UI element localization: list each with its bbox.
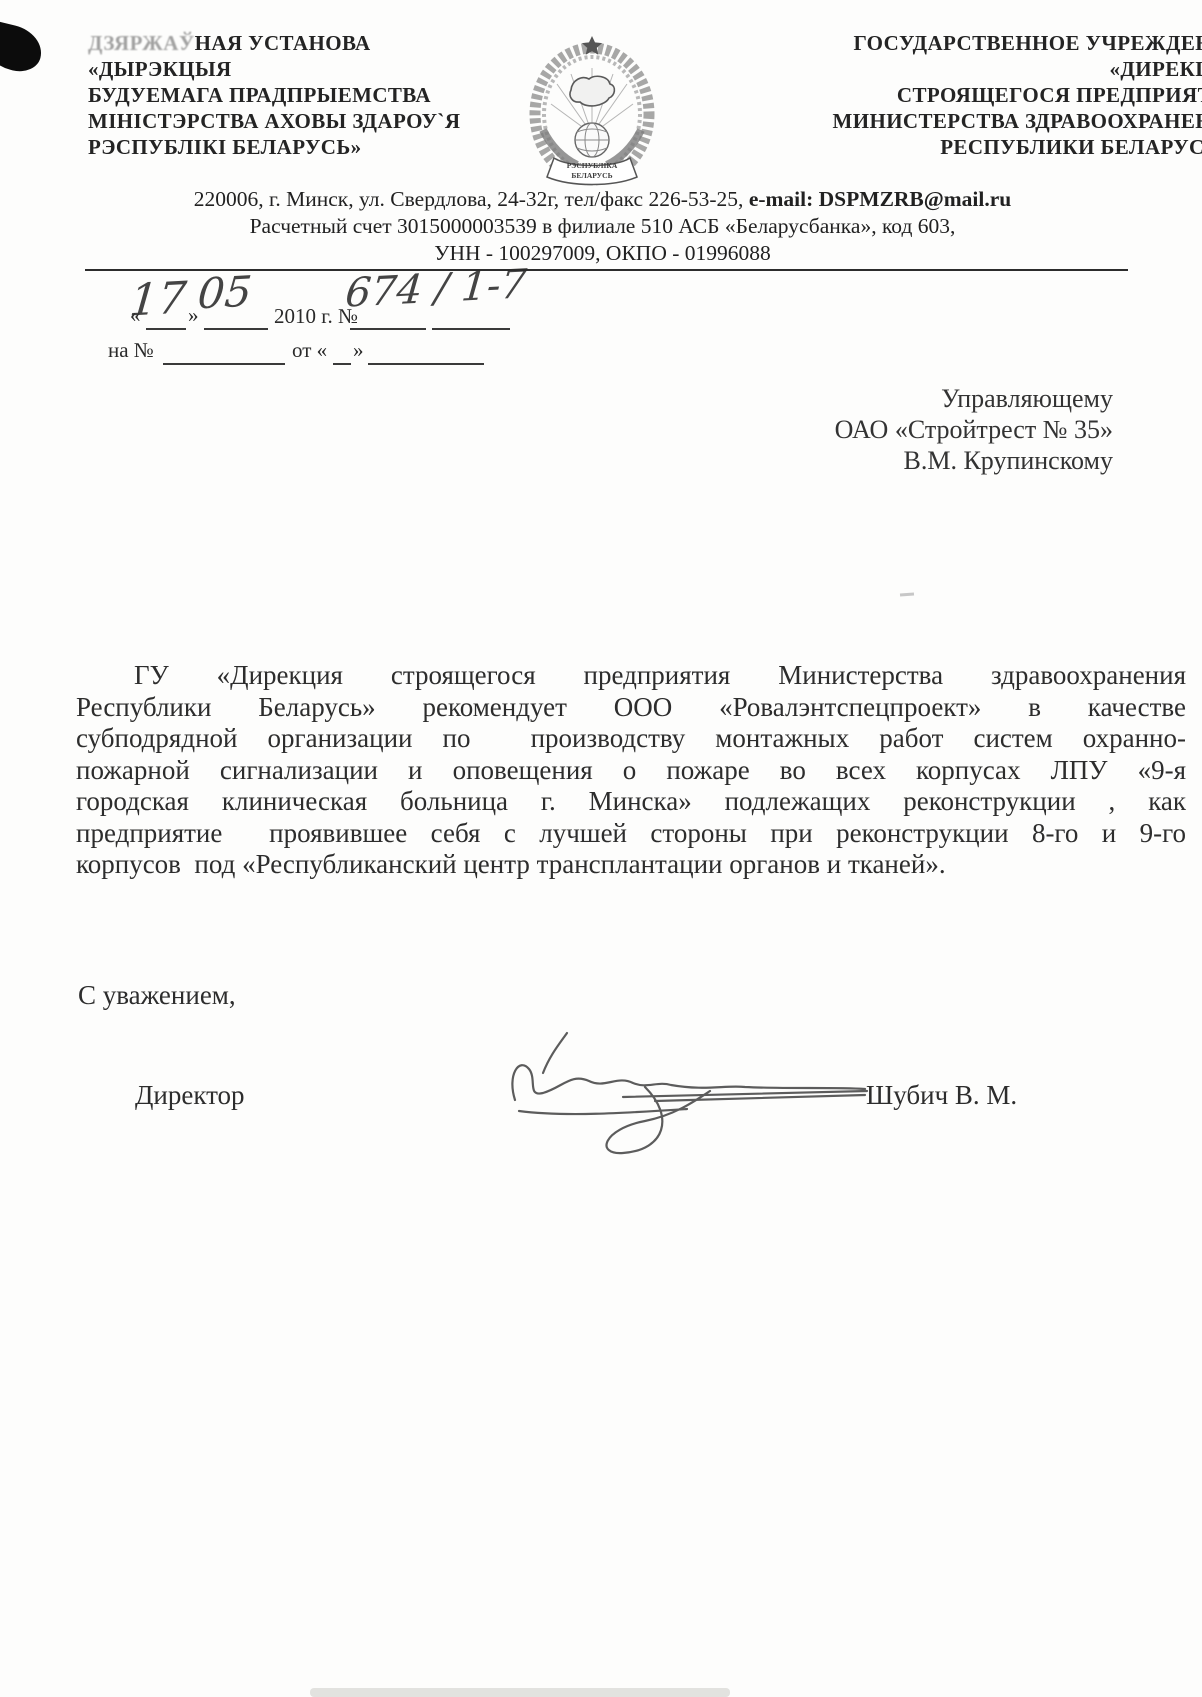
emblem-ribbon: РЭСПУБЛІКА БЕЛАРУСЬ — [547, 158, 637, 185]
scan-artifact-bottom — [310, 1688, 730, 1697]
handwritten-month: 05 — [196, 267, 254, 319]
org-name-line: СТРОЯЩЕГОСЯ ПРЕДПРИЯТ — [620, 82, 1202, 108]
org-name-line: МІНІСТЭРСТВА АХОВЫ ЗДАРОУ`Я — [88, 108, 488, 134]
addressee-position: Управляющему — [693, 383, 1113, 414]
org-name-line: РЭСПУБЛІКІ БЕЛАРУСЬ» — [88, 134, 488, 160]
body-line: Республики Беларусь» рекомендует ООО «Ро… — [76, 692, 1186, 724]
body-line: субподрядной организации по производству… — [76, 723, 1186, 755]
org-name-line: «ДИРЕКЦ — [620, 56, 1202, 82]
contact-email: e-mail: DSPMZRB@mail.ru — [749, 187, 1011, 211]
reply-number-underline — [163, 363, 285, 365]
org-name-belarusian: ДЗЯРЖАЎНАЯ УСТАНОВА «ДЫРЭКЦЫЯ БУДУЕМАГА … — [88, 30, 488, 160]
reply-ref-label: на № — [108, 338, 154, 363]
reply-date-underline — [368, 363, 484, 365]
signer-name: Шубич В. М. — [866, 1080, 1017, 1111]
contact-info: 220006, г. Минск, ул. Свердлова, 24-32г,… — [80, 186, 1125, 267]
doc-number-underline-2 — [432, 328, 510, 330]
emblem-ribbon-text-2: БЕЛАРУСЬ — [571, 171, 612, 180]
reply-from-label: от « — [292, 338, 327, 363]
contact-line-address: 220006, г. Минск, ул. Свердлова, 24-32г,… — [80, 186, 1125, 213]
scan-artifact-corner — [0, 20, 46, 76]
body-line: корпусов под «Республиканский центр тран… — [76, 849, 1186, 881]
letter-page: ДЗЯРЖАЎНАЯ УСТАНОВА «ДЫРЭКЦЫЯ БУДУЕМАГА … — [0, 0, 1202, 1697]
signature-handwritten — [505, 1025, 885, 1165]
date-day-underline — [146, 328, 186, 330]
addressee-person: В.М. Крупинскому — [693, 445, 1113, 476]
org-name-line: ГОСУДАРСТВЕННОЕ УЧРЕЖДЕН — [620, 30, 1202, 56]
org-name-clear-part: НАЯ УСТАНОВА — [195, 31, 371, 55]
org-name-line: МИНИСТЕРСТВА ЗДРАВООХРАНЕН — [620, 108, 1202, 134]
org-name-russian: ГОСУДАРСТВЕННОЕ УЧРЕЖДЕН «ДИРЕКЦ СТРОЯЩЕ… — [620, 30, 1202, 160]
body-line: городская клиническая больница г. Минска… — [76, 786, 1186, 818]
reply-close-quote: » — [353, 338, 364, 363]
org-name-line: ДЗЯРЖАЎНАЯ УСТАНОВА — [88, 30, 488, 56]
handwritten-number: 674 / 1-7 — [343, 261, 528, 316]
contact-address: 220006, г. Минск, ул. Свердлова, 24-32г,… — [194, 187, 749, 211]
contact-line-account: Расчетный счет 3015000003539 в филиале 5… — [80, 213, 1125, 240]
date-month-underline — [204, 328, 268, 330]
body-line: предприятие проявившее себя с лучшей сто… — [76, 818, 1186, 850]
body-line: ГУ «Дирекция строящегося предприятия Мин… — [76, 660, 1186, 692]
body-line: пожарной сигнализации и оповещения о пож… — [76, 755, 1186, 787]
emblem-globe — [575, 123, 609, 157]
signer-title: Директор — [135, 1080, 245, 1111]
emblem-country-silhouette — [570, 76, 614, 106]
org-name-line: РЕСПУБЛИКИ БЕЛАРУС( — [620, 134, 1202, 160]
org-name-line: «ДЫРЭКЦЫЯ — [88, 56, 488, 82]
emblem-ribbon-text-1: РЭСПУБЛІКА — [567, 161, 618, 170]
reply-day-underline — [333, 363, 351, 365]
scan-artifact-dash — [900, 593, 914, 597]
contact-line-unn-okpo: УНН - 100297009, ОКПО - 01996088 — [80, 240, 1125, 267]
addressee-company: ОАО «Стройтрест № 35» — [693, 414, 1113, 445]
letter-body: ГУ «Дирекция строящегося предприятия Мин… — [76, 660, 1186, 881]
addressee-block: Управляющему ОАО «Стройтрест № 35» В.М. … — [693, 383, 1113, 476]
org-name-faded-part: ДЗЯРЖАЎ — [88, 31, 195, 55]
org-name-line: БУДУЕМАГА ПРАДПРЫЕМСТВА — [88, 82, 488, 108]
salutation: С уважением, — [78, 980, 236, 1011]
handwritten-day: 17 — [128, 273, 189, 327]
doc-number-underline-1 — [350, 328, 426, 330]
